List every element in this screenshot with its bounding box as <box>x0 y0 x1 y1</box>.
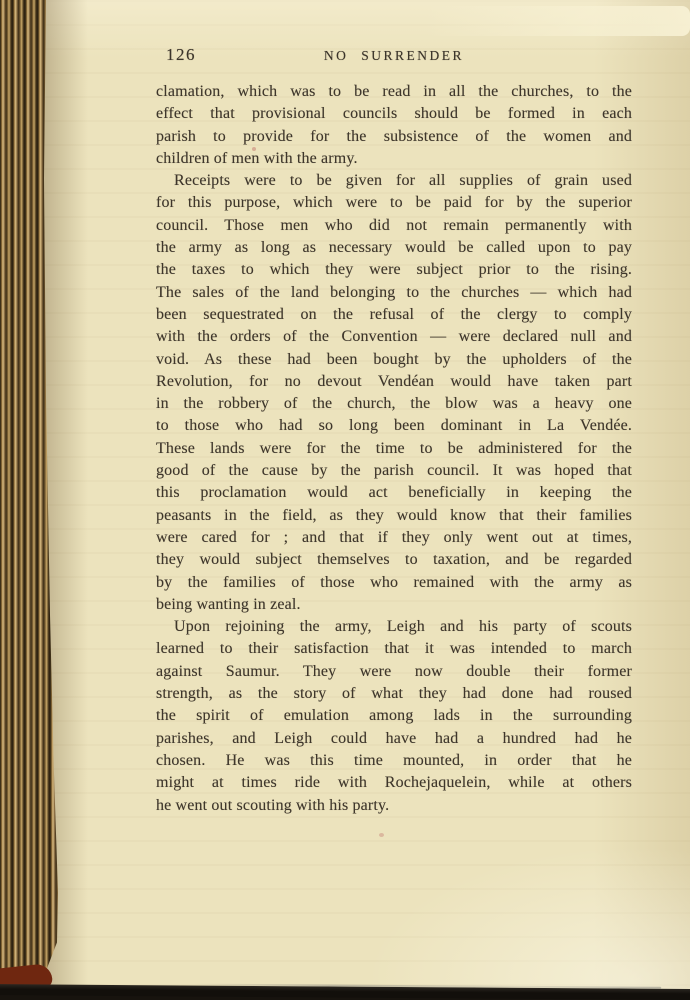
text-line: learned to their satisfaction that it wa… <box>156 638 632 660</box>
text-line: council. Those men who did not remain pe… <box>156 215 632 237</box>
paper-speck <box>379 833 384 837</box>
text-line: Revolution, for no devout Vendéan would … <box>156 371 632 393</box>
scan-glare <box>425 6 690 36</box>
text-line: in the robbery of the church, the blow w… <box>156 393 632 415</box>
text-line: strength, as the story of what they had … <box>156 683 632 705</box>
body-text: clamation, which was to be read in all t… <box>156 81 632 817</box>
text-line: clamation, which was to be read in all t… <box>156 81 632 103</box>
text-line: The sales of the land belonging to the c… <box>156 282 632 304</box>
text-line: peasants in the field, as they would kno… <box>156 505 632 527</box>
text-line: children of men with the army. <box>156 148 632 170</box>
text-line: he went out scouting with his party. <box>156 795 632 817</box>
text-line: chosen. He was this time mounted, in ord… <box>156 750 632 772</box>
text-line: good of the cause by the parish council.… <box>156 460 632 482</box>
running-title: NO SURRENDER <box>156 48 632 64</box>
text-line: Upon rejoining the army, Leigh and his p… <box>156 616 632 638</box>
text-line: the spirit of emulation among lads in th… <box>156 705 632 727</box>
text-line: being wanting in zeal. <box>156 594 632 616</box>
text-line: These lands were for the time to be admi… <box>156 438 632 460</box>
text-line: to those who had so long been dominant i… <box>156 415 632 437</box>
text-line: parishes, and Leigh could have had a hun… <box>156 728 632 750</box>
table-surface <box>0 984 690 1000</box>
text-line: Receipts were to be given for all suppli… <box>156 170 632 192</box>
text-line: this proclamation would act beneficially… <box>156 482 632 504</box>
text-line: the taxes to which they were subject pri… <box>156 259 632 281</box>
text-line: they would subject themselves to taxatio… <box>156 549 632 571</box>
text-line: been sequestrated on the refusal of the … <box>156 304 632 326</box>
text-line: were cared for ; and that if they only w… <box>156 527 632 549</box>
text-line: void. As these had been bought by the up… <box>156 349 632 371</box>
text-line: with the orders of the Convention — were… <box>156 326 632 348</box>
text-line: the army as long as necessary would be c… <box>156 237 632 259</box>
book-photo: 126 NO SURRENDER clamation, which was to… <box>0 0 690 1000</box>
text-line: parish to provide for the subsistence of… <box>156 126 632 148</box>
text-line: for this purpose, which were to be paid … <box>156 192 632 214</box>
text-line: effect that provisional councils should … <box>156 103 632 125</box>
text-line: by the families of those who remained wi… <box>156 572 632 594</box>
text-line: might at times ride with Rochejaquelein,… <box>156 772 632 794</box>
text-line: against Saumur. They were now double the… <box>156 661 632 683</box>
paper-speck <box>252 147 256 151</box>
